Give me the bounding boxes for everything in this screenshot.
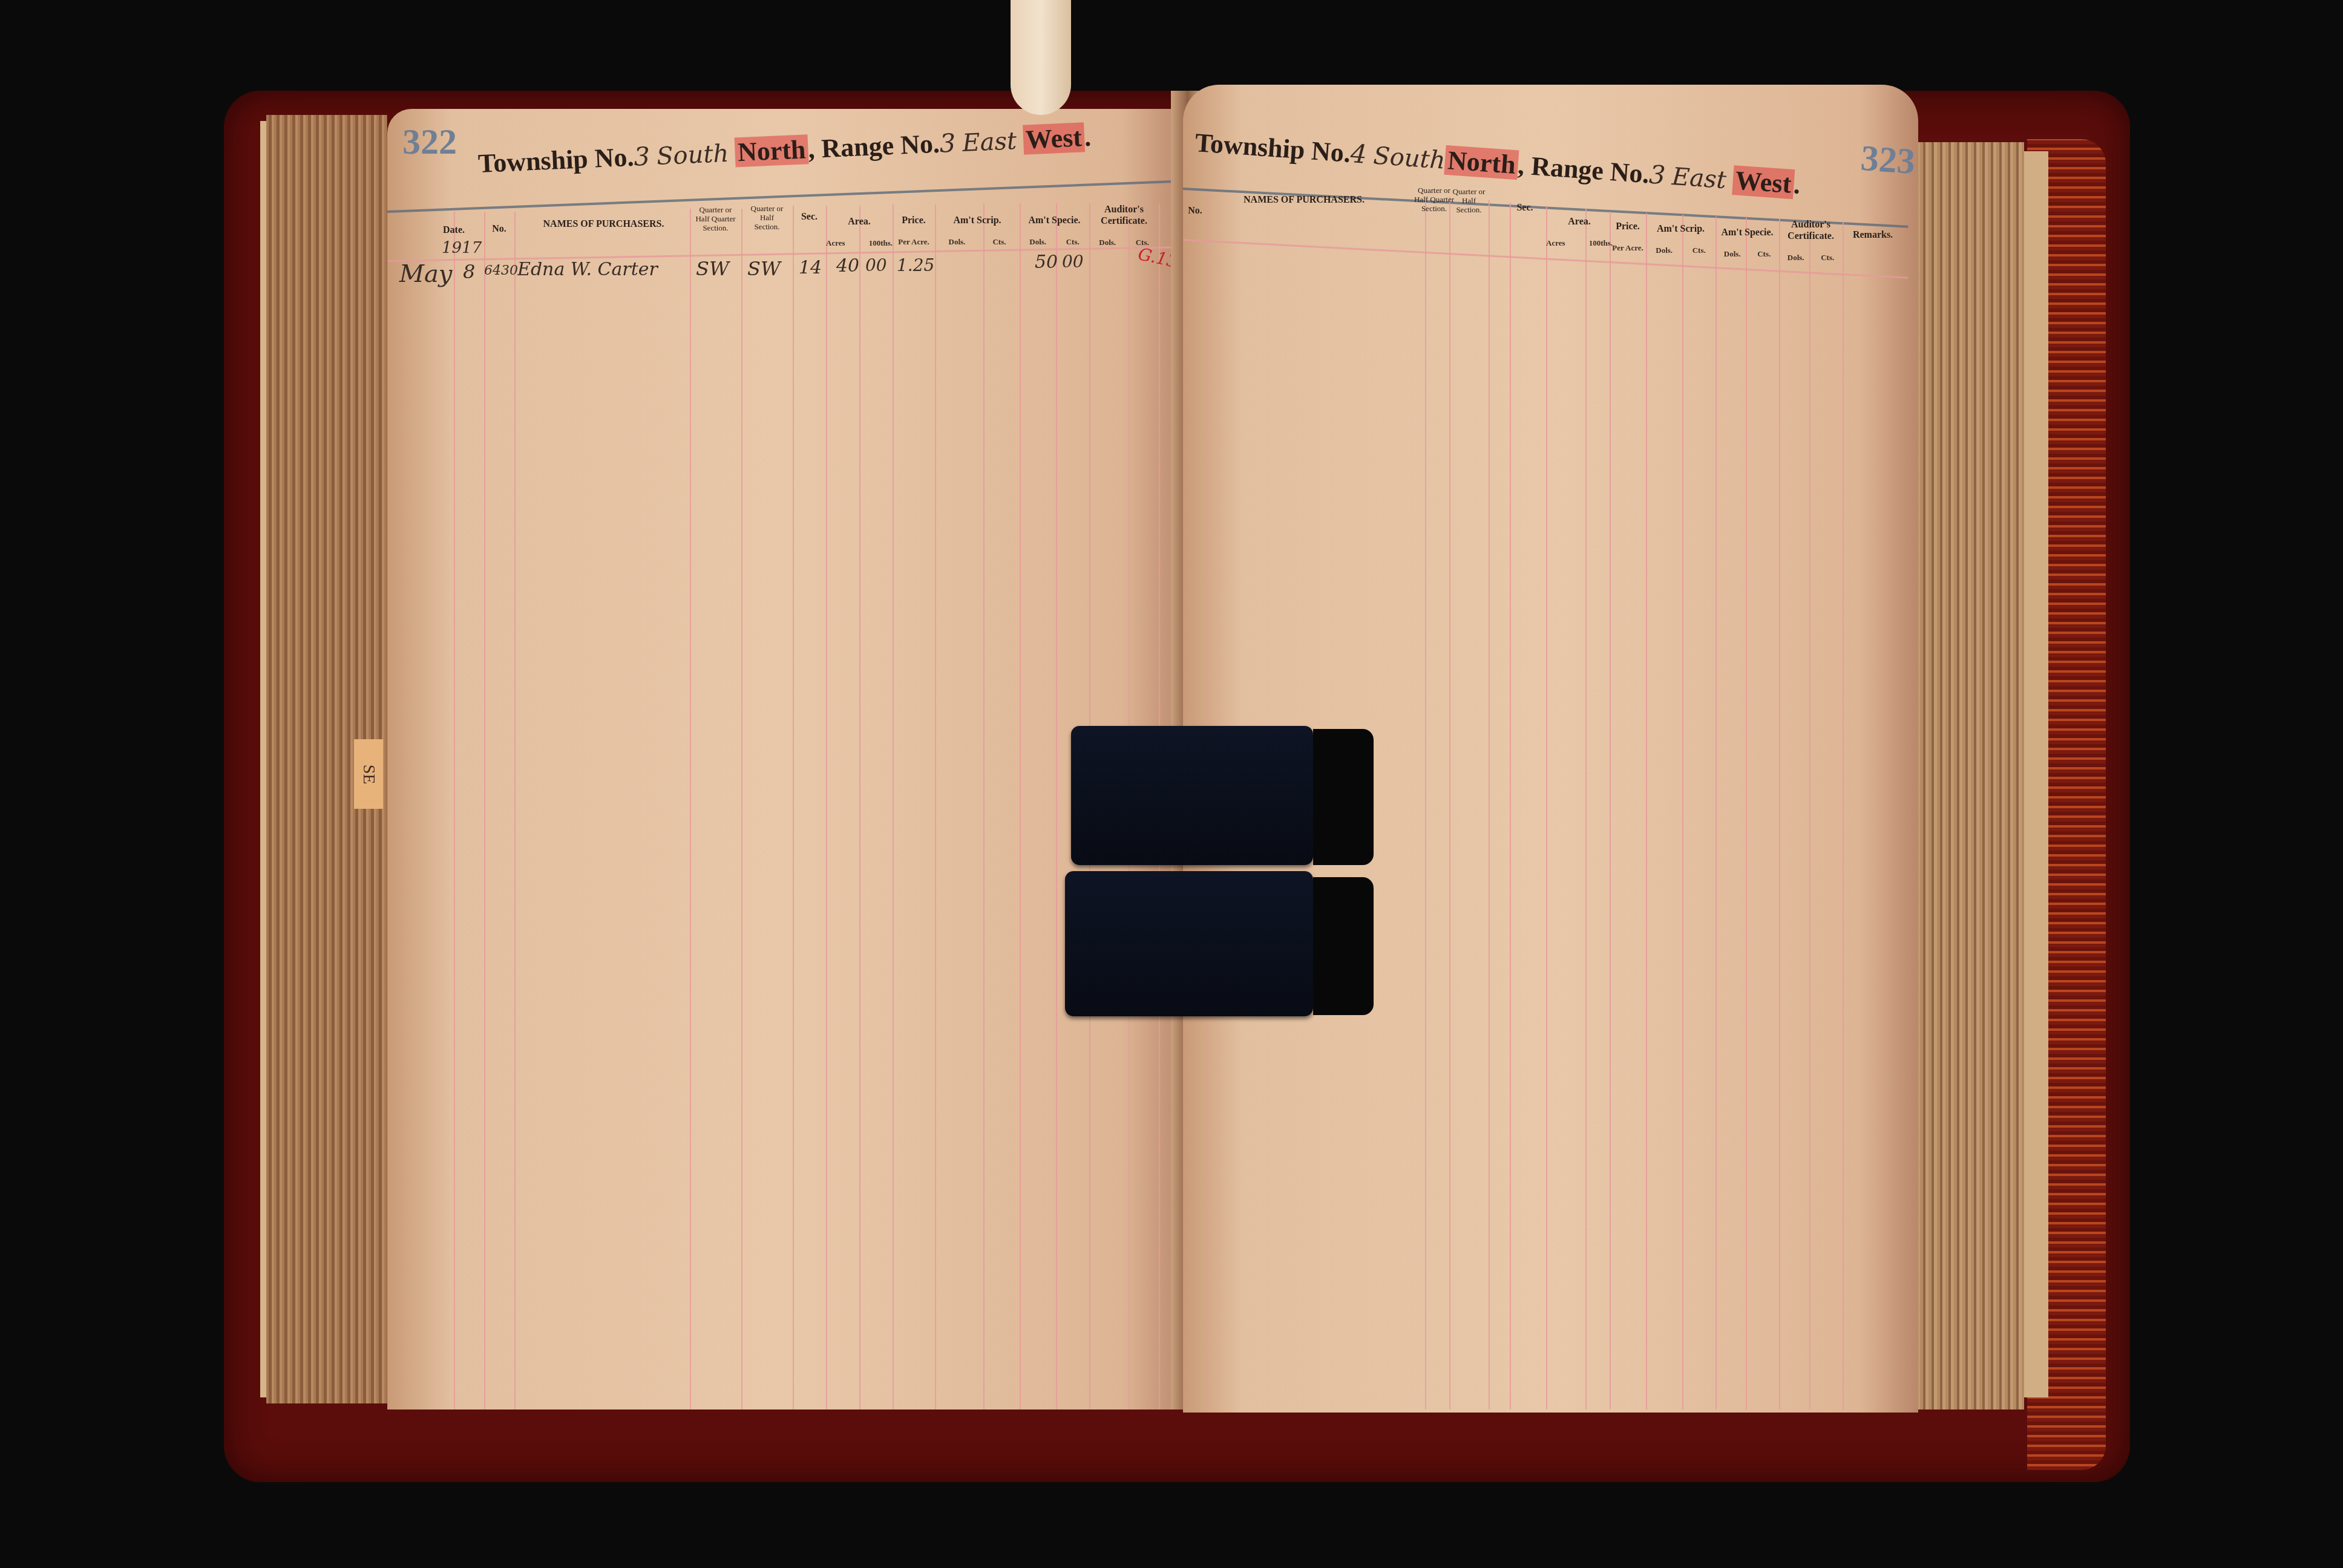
entry-price: 1.25 (897, 255, 934, 275)
entry-hundredths: 00 (865, 255, 887, 275)
col-specie: Am't Specie. Dols.Cts. (1715, 217, 1779, 270)
col-date: Date. (430, 225, 478, 236)
page-number: 323 (1860, 137, 1917, 183)
entry-year: 1917 (442, 239, 482, 257)
entry-month: May (399, 260, 452, 288)
entry-quarter-half: SW (747, 257, 781, 280)
entry-quarter-half-quarter: SW (696, 257, 729, 280)
page-number: 322 (402, 121, 457, 163)
entry-specie-cts: 00 (1062, 252, 1084, 272)
entry-no: 6430 (484, 263, 518, 278)
book-weight-top-side (1313, 729, 1374, 865)
left-page: 322 Township No.3 South North, Range No.… (387, 109, 1186, 1410)
book-weight-bottom[interactable] (1065, 871, 1313, 1016)
bookmark[interactable] (1011, 0, 1071, 115)
col-quarter-half: Quarter or Half Section. (1449, 188, 1489, 215)
col-scrip: Am't Scrip. Dols.Cts. (935, 204, 1020, 258)
col-no: No. (484, 224, 514, 235)
col-price: Price. Per Acre. (1610, 211, 1646, 264)
col-price: Price. Per Acre. (893, 204, 935, 258)
col-sec: Sec. (793, 212, 826, 223)
col-area: Area. Acres100ths. (826, 206, 893, 260)
col-no: No. (1183, 206, 1207, 217)
col-area: Area. Acres100ths. (1546, 206, 1613, 260)
book-weight-bottom-side (1313, 877, 1374, 1015)
page-title: Township No.3 South North, Range No.3 Ea… (477, 122, 1092, 179)
entry-specie-dols: 50 (1035, 252, 1058, 273)
page-title: Township No.4 SouthNorth, Range No.3 Eas… (1194, 127, 1801, 200)
entry-acres: 40 (836, 255, 859, 276)
col-sec: Sec. (1510, 203, 1540, 214)
col-quarter-half: Quarter or Half Section. (741, 204, 793, 232)
entry-purchaser: Edna W. Carter (517, 259, 658, 280)
col-specie: Am't Specie. Dols.Cts. (1020, 204, 1089, 258)
endpaper-right (2024, 151, 2048, 1397)
col-quarter-half-quarter: Quarter or Half Quarter Section. (690, 206, 741, 233)
book-weight-top[interactable] (1071, 726, 1313, 865)
page-block-right (1903, 142, 2024, 1410)
entry-sec: 14 (799, 257, 822, 278)
col-auditor: Auditor's Certificate. Dols.Cts. (1779, 209, 1843, 273)
col-purchasers: NAMES OF PURCHASERS. (517, 219, 690, 230)
edge-index-tab[interactable]: SE (354, 739, 383, 809)
col-remarks: Remarks. (1843, 230, 1903, 241)
col-scrip: Am't Scrip. Dols.Cts. (1646, 213, 1715, 267)
col-purchasers: NAMES OF PURCHASERS. (1219, 195, 1389, 206)
entry-day: 8 (463, 260, 475, 283)
